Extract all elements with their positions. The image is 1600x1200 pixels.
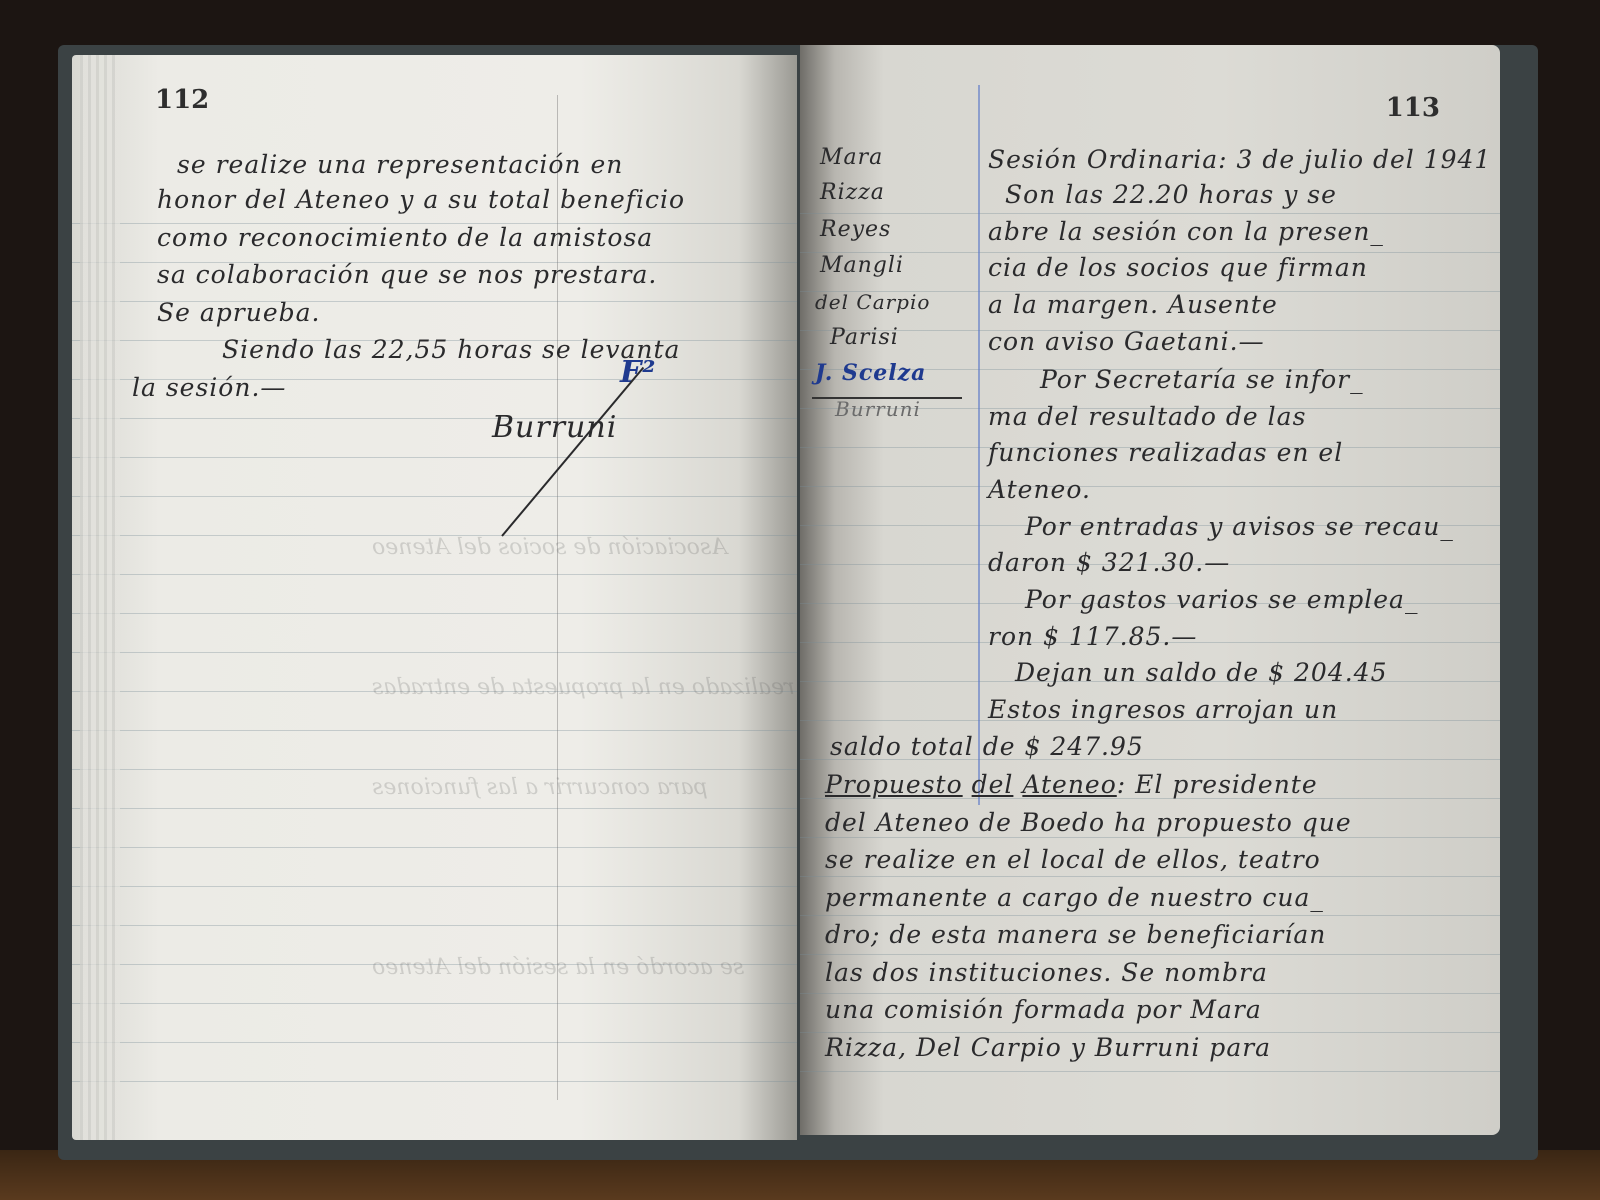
text-line: funciones realizadas en el [988, 438, 1343, 467]
text-line: saldo total de $ 247.95 [830, 732, 1144, 761]
text-line: Estos ingresos arrojan un [988, 695, 1338, 724]
text-line: sa colaboración que se nos prestara. [157, 260, 657, 289]
member-signature: del Carpio [815, 290, 930, 314]
left-page: Asociación de socios del Ateneo realizad… [72, 55, 797, 1140]
page-number: 112 [155, 85, 209, 115]
bleed-through-text: Asociación de socios del Ateneo [372, 535, 727, 560]
heading-word: Propuesto [825, 770, 963, 799]
margin-rule [978, 85, 980, 805]
text-line: una comisión formada por Mara [825, 995, 1262, 1024]
text-line: Siendo las 22,55 horas se levanta [222, 335, 680, 364]
text-line: Se aprueba. [157, 298, 320, 327]
text-line: honor del Ateneo y a su total beneficio [157, 185, 685, 214]
heading-word: Ateneo [1022, 770, 1116, 799]
member-signature: J. Scelza [815, 360, 926, 386]
text-line: con aviso Gaetani.— [988, 327, 1265, 356]
text-line: dro; de esta manera se beneficiarían [825, 920, 1326, 949]
bleed-through-text: se acordó en la sesión del Ateneo [372, 955, 744, 980]
text-line: ron $ 117.85.— [988, 622, 1197, 651]
session-title: Sesión Ordinaria: 3 de julio del 1941 [988, 145, 1491, 174]
text-line: Por entradas y avisos se recau_ [1025, 512, 1454, 541]
text-line: las dos instituciones. Se nombra [825, 958, 1268, 987]
text-line: daron $ 321.30.— [988, 548, 1230, 577]
signature: Burruni [492, 410, 617, 445]
section-heading: Propuesto del Ateneo: El presidente [825, 770, 1318, 799]
heading-word: del [972, 770, 1014, 799]
text-line: abre la sesión con la presen_ [988, 217, 1384, 246]
member-signature: Mara [820, 145, 883, 170]
page-edges [80, 55, 120, 1140]
member-signature: Parisi [830, 325, 899, 350]
text-line: a la margen. Ausente [988, 290, 1278, 319]
member-signature: Reyes [820, 217, 891, 242]
text-line: permanente a cargo de nuestro cua_ [825, 883, 1324, 912]
text-line: ma del resultado de las [988, 402, 1306, 431]
text-line: Por Secretaría se infor_ [1040, 365, 1364, 394]
text-line: se realize una representación en [177, 150, 623, 179]
text-line: Dejan un saldo de $ 204.45 [1015, 658, 1388, 687]
text-line: del Ateneo de Boedo ha propuesto que [825, 808, 1352, 837]
text-line: Rizza, Del Carpio y Burruni para [825, 1033, 1271, 1062]
bleed-through-text: para concurrir a las funciones [372, 775, 708, 800]
member-signature: Burruni [835, 397, 921, 421]
text-line: Son las 22.20 horas y se [1005, 180, 1337, 209]
heading-rest: : El presidente [1117, 770, 1318, 799]
text-line: Por gastos varios se emplea_ [1025, 585, 1418, 614]
page-number: 113 [1386, 93, 1440, 123]
text-line: cia de los socios que firman [988, 253, 1368, 282]
text-line: la sesión.— [132, 373, 286, 402]
text-line: Ateneo. [988, 475, 1091, 504]
member-signature: Rizza [820, 180, 885, 205]
right-page: 113 Mara Rizza Reyes Mangli del Carpio P… [800, 45, 1500, 1135]
member-signature: Mangli [820, 253, 904, 278]
bleed-through-text: realizado en la propuesta de entradas [372, 675, 795, 700]
text-line: se realize en el local de ellos, teatro [825, 845, 1321, 874]
text-line: como reconocimiento de la amistosa [157, 223, 653, 252]
